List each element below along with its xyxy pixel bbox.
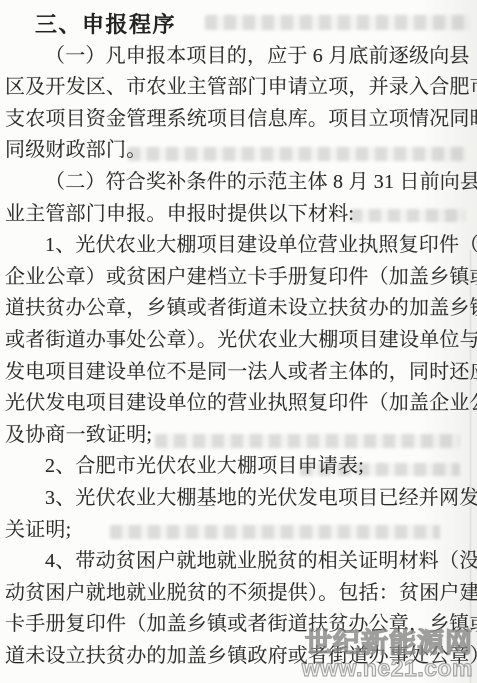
document-body: 三、申报程序 （一）凡申报本项目的，应于 6 月底前逐级向县（市）区及开发区、市… (5, 9, 474, 672)
document-line: 卡手册复印件（加盖乡镇或者街道扶贫办公章，乡镇或者街 (5, 609, 474, 641)
document-line: 业主管部门申报。申报时提供以下材料: (5, 199, 474, 231)
document-line: 3、光伏农业大棚基地的光伏发电项目已经并网发电相 (5, 483, 474, 515)
document-line: 光伏发电项目建设单位的营业执照复印件（加盖企业公章） (5, 388, 474, 420)
document-paragraphs: （一）凡申报本项目的，应于 6 月底前逐级向县（市）区及开发区、市农业主管部门申… (5, 41, 474, 673)
document-line: 同级财政部门。 (5, 135, 474, 167)
document-line: 支农项目资金管理系统项目信息库。项目立项情况同时抄送 (5, 104, 474, 136)
document-line: （一）凡申报本项目的，应于 6 月底前逐级向县（市） (5, 41, 474, 73)
document-line: 1、光伏农业大棚项目建设单位营业执照复印件（加盖 (5, 230, 474, 262)
document-page: { "page": { "paper_color": "#fcfcfa", "t… (0, 0, 477, 683)
document-line: 4、带动贫困户就地就业脱贫的相关证明材料（没有带 (5, 546, 474, 578)
document-line: （二）符合奖补条件的示范主体 8 月 31 日前向县级农 (5, 167, 474, 199)
document-line: 道未设立扶贫办的加盖乡镇政府或者街道办事处公章）、脱 (5, 641, 474, 673)
document-line: 或者街道办事处公章）。光伏农业大棚项目建设单位与光伏 (5, 325, 474, 357)
document-line: 道扶贫办公章，乡镇或者街道未设立扶贫办的加盖乡镇政府 (5, 293, 474, 325)
document-line: 2、合肥市光伏农业大棚项目申请表; (5, 451, 474, 483)
document-line: 区及开发区、市农业主管部门申请立项，并录入合肥市财政 (5, 72, 474, 104)
document-line: 及协商一致证明; (5, 420, 474, 452)
document-line: 企业公章）或贫困户建档立卡手册复印件（加盖乡镇或者街 (5, 262, 474, 294)
document-line: 动贫困户就地就业脱贫的不须提供）。包括：贫困户建档立 (5, 578, 474, 610)
document-line: 发电项目建设单位不是同一法人或者主体的，同时还应提交 (5, 357, 474, 389)
section-heading: 三、申报程序 (5, 9, 474, 41)
document-line: 关证明; (5, 515, 474, 547)
